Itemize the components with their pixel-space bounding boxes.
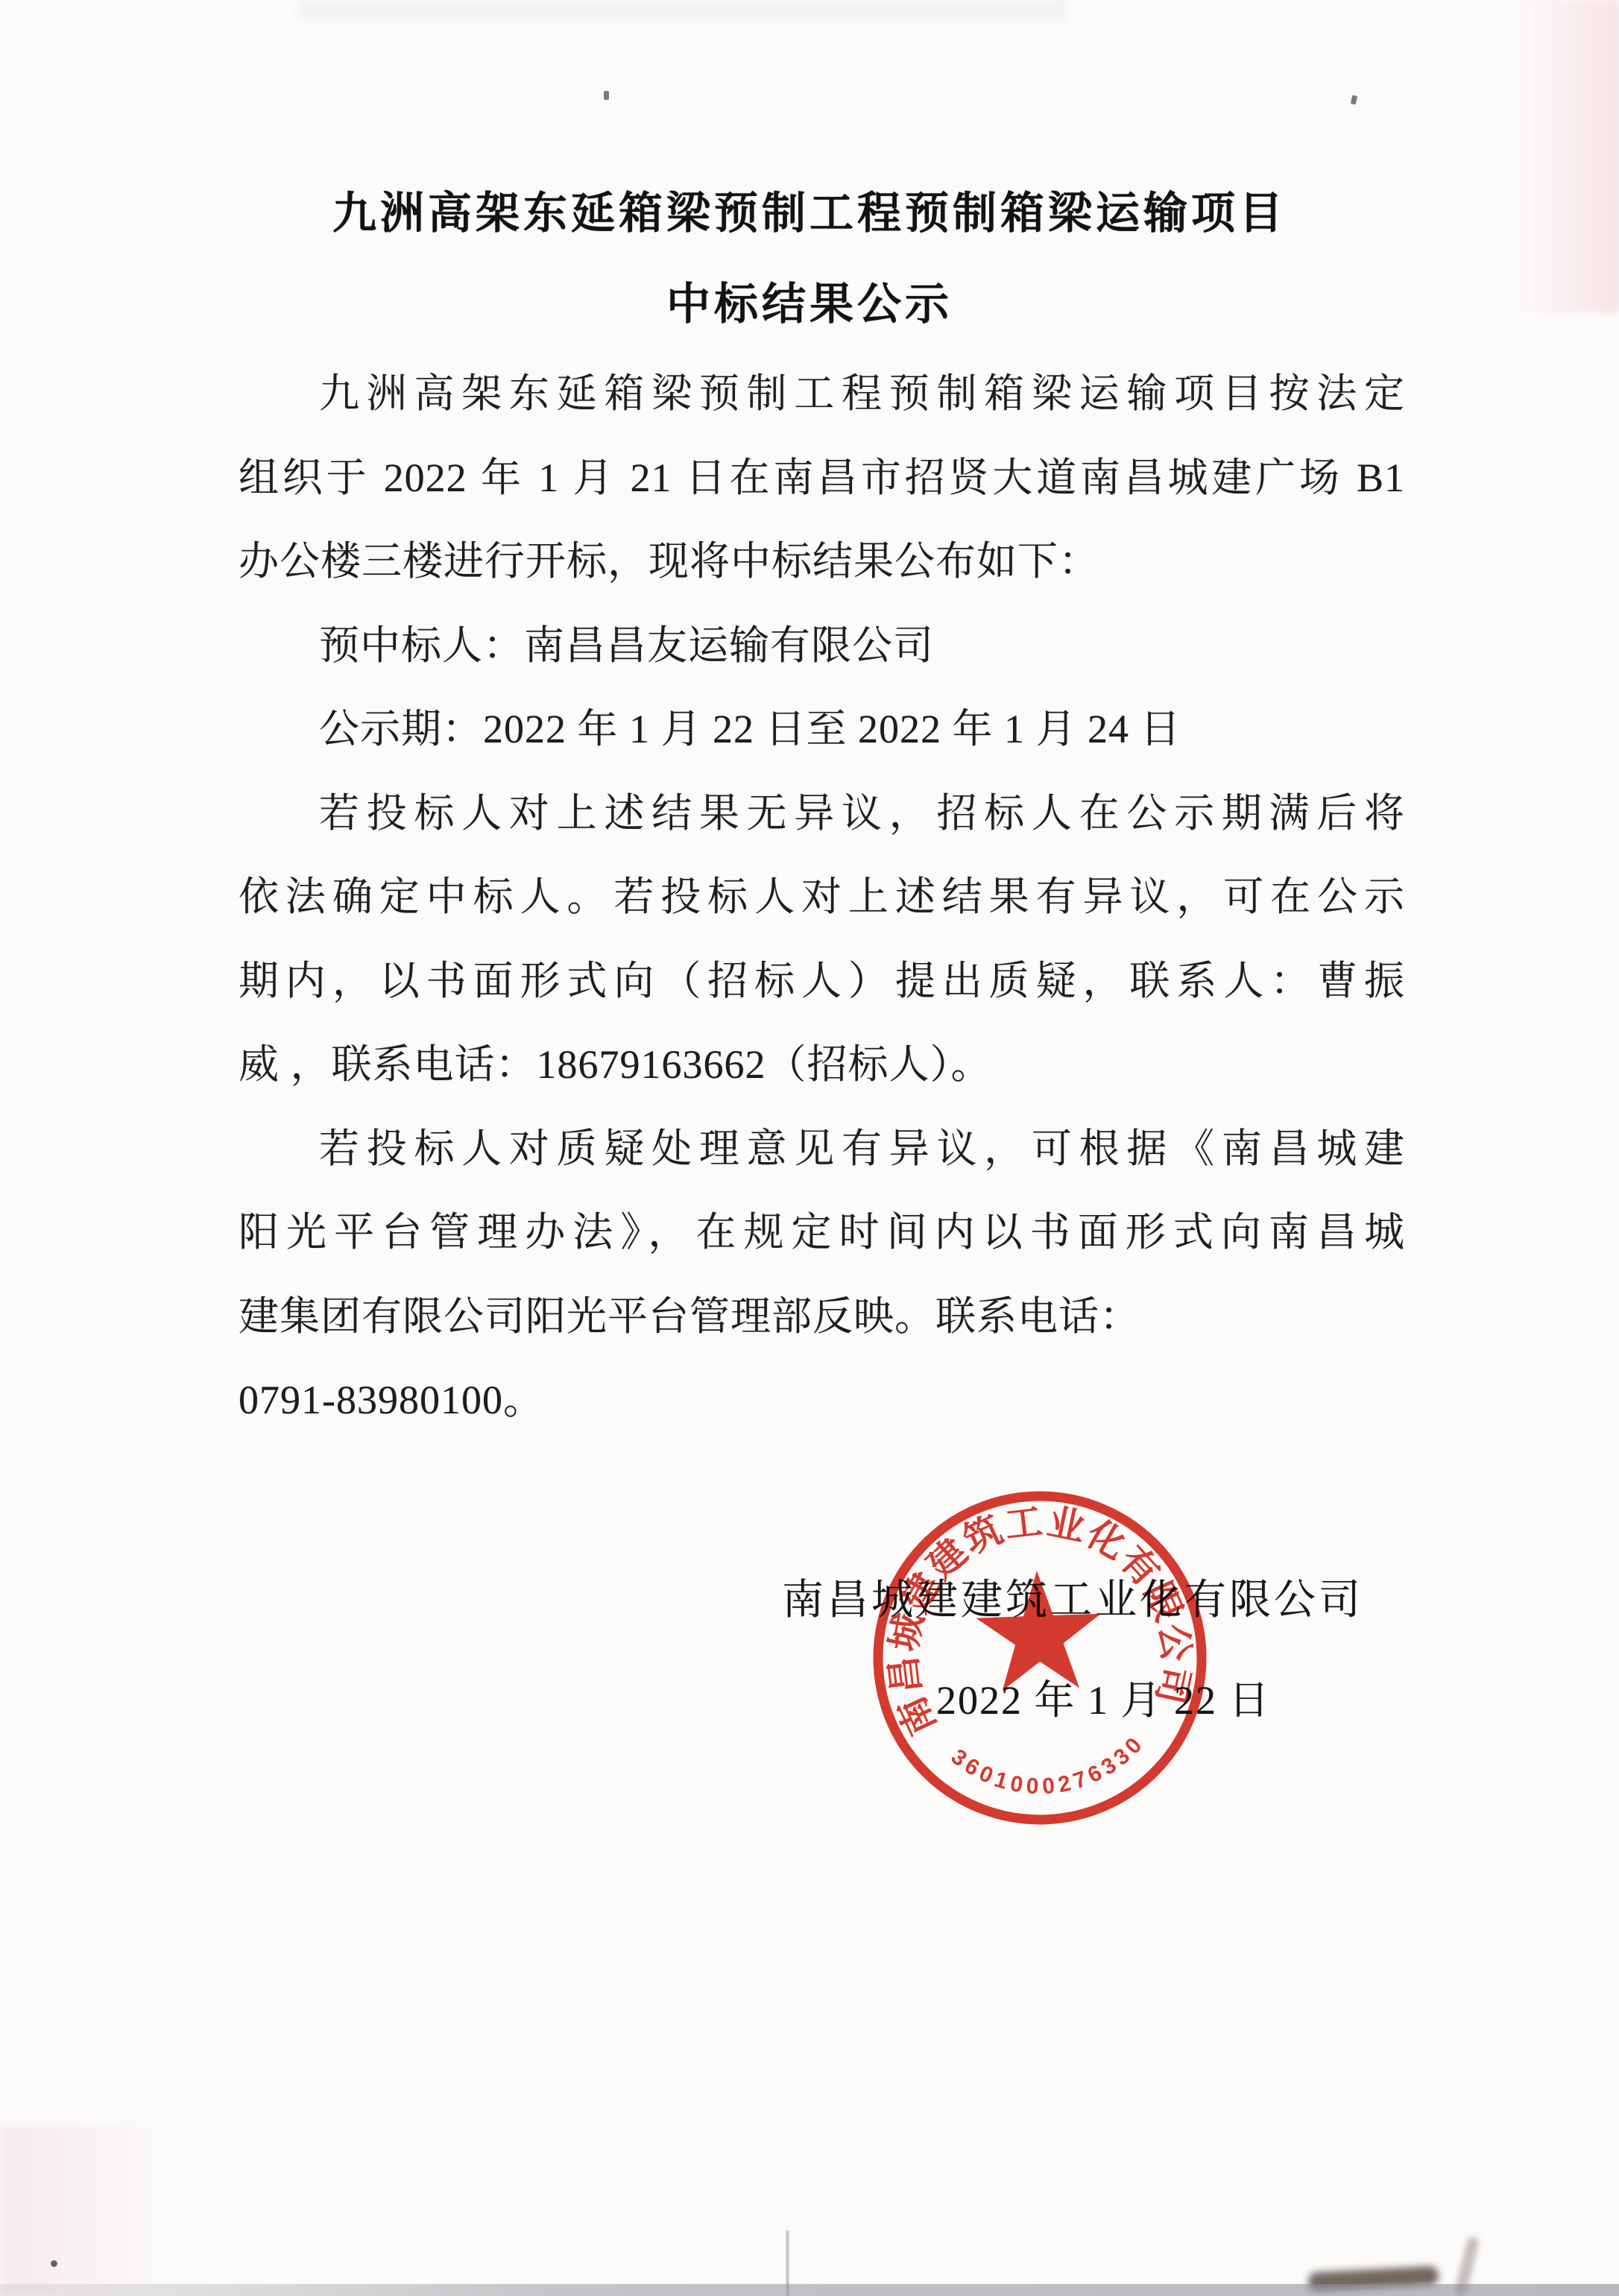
- body-line: 0791-83980100。: [239, 1358, 1405, 1442]
- scan-artifact-speck: [51, 2260, 57, 2267]
- scan-artifact-pink-edge: [1515, 0, 1619, 313]
- scanned-document-page: { "page": { "background_color": "#fcfbfa…: [0, 0, 1619, 2296]
- scan-artifact-speck: [604, 91, 609, 100]
- body-line: 阳光平台管理办法》，在规定时间内以书面形式向南昌城: [239, 1190, 1405, 1275]
- body-line: 九洲高架东延箱梁预制工程预制箱梁运输项目按法定: [239, 352, 1405, 436]
- scan-artifact-smudge: [1307, 2265, 1439, 2292]
- body-line: 依法确定中标人。若投标人对上述结果有异议，可在公示: [239, 855, 1405, 939]
- body-line: 若投标人对质疑处理意见有异议，可根据《南昌城建: [239, 1107, 1405, 1191]
- scan-artifact-hairline: [786, 2230, 789, 2296]
- scan-artifact-smudge: [1454, 2236, 1480, 2296]
- body-line: 若投标人对上述结果无异议，招标人在公示期满后将: [239, 772, 1405, 856]
- scan-artifact-top-band: [298, 0, 1066, 19]
- body-line: 办公楼三楼进行开标，现将中标结果公布如下：: [239, 520, 1405, 604]
- body-line: 组织于 2022 年 1 月 21 日在南昌市招贤大道南昌城建广场 B1: [239, 436, 1405, 520]
- body-line: 公示期：2022 年 1 月 22 日至 2022 年 1 月 24 日: [239, 687, 1405, 772]
- scan-artifact-speck: [1351, 95, 1357, 104]
- document-sheet: 九洲高架东延箱梁预制工程预制箱梁运输项目 中标结果公示 九洲高架东延箱梁预制工程…: [0, 0, 1619, 2296]
- document-body: 九洲高架东延箱梁预制工程预制箱梁运输项目按法定 组织于 2022 年 1 月 2…: [239, 352, 1405, 1442]
- seal-star-icon: [974, 1568, 1103, 1691]
- body-line: 威 ，联系电话：18679163662（招标人）。: [239, 1023, 1405, 1107]
- body-line: 预中标人：南昌昌友运输有限公司: [239, 604, 1405, 688]
- body-line: 期内，以书面形式向（招标人）提出质疑，联系人：曹振: [239, 939, 1405, 1024]
- body-line: 建集团有限公司阳光平台管理部反映。联系电话：: [239, 1275, 1405, 1359]
- scan-artifact-pink-corner: [0, 2125, 164, 2296]
- scan-artifact-bottom-shadow: [0, 2284, 1619, 2296]
- document-title-line1: 九洲高架东延箱梁预制工程预制箱梁运输项目: [0, 177, 1619, 241]
- seal-serial-number: 3601000276330: [945, 1729, 1152, 1803]
- official-seal: 南昌城建建筑工业化有限公司 3601000276330: [862, 1480, 1217, 1835]
- document-title-line2: 中标结果公示: [0, 268, 1619, 332]
